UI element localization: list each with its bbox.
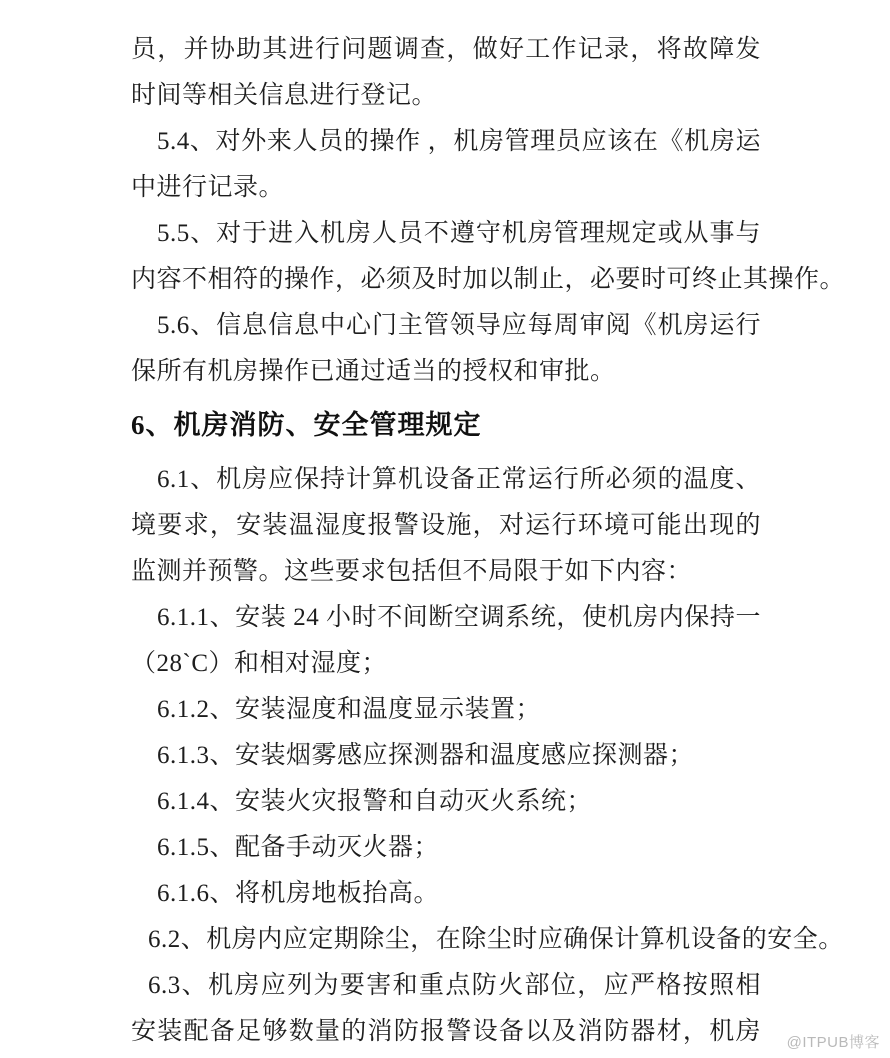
text-line: 5.6、信息信息中心门主管领导应每周审阅《机房运行日志》，确 [131, 303, 761, 349]
watermark: @ITPUB博客 [787, 1031, 880, 1052]
paragraph-6-1-4: 6.1.4、安装火灾报警和自动灭火系统； [131, 779, 761, 825]
text-line: 监测并预警。这些要求包括但不局限于如下内容： [131, 549, 761, 595]
text-line: 6.1.6、将机房地板抬高。 [131, 871, 761, 917]
text-line: （28`C）和相对湿度； [131, 641, 761, 687]
paragraph-5-6: 5.6、信息信息中心门主管领导应每周审阅《机房运行日志》，确保所有机房操作已通过… [131, 303, 761, 395]
paragraph-5-5: 5.5、对于进入机房人员不遵守机房管理规定或从事与正常工作内容不相符的操作，必须… [131, 211, 761, 303]
text-line: 5.5、对于进入机房人员不遵守机房管理规定或从事与正常工作 [131, 211, 761, 257]
paragraph-6-3: 6.3、机房应列为要害和重点防火部位，应严格按照相关国家标准安装配备足够数量的消… [131, 963, 761, 1055]
document-body: 员，并协助其进行问题调查，做好工作记录，将故障发生时间及修复时间等相关信息进行登… [131, 27, 761, 1055]
document-page: 员，并协助其进行问题调查，做好工作记录，将故障发生时间及修复时间等相关信息进行登… [0, 0, 890, 1058]
paragraph-6-1-3: 6.1.3、安装烟雾感应探测器和温度感应探测器； [131, 733, 761, 779]
heading-text: 6、机房消防、安全管理规定 [131, 400, 761, 450]
paragraph-6-1-6: 6.1.6、将机房地板抬高。 [131, 871, 761, 917]
text-line: 内容不相符的操作，必须及时加以制止，必要时可终止其操作。 [131, 257, 761, 303]
text-line: 6.1.4、安装火灾报警和自动灭火系统； [131, 779, 761, 825]
text-line: 6.1.5、配备手动灭火器； [131, 825, 761, 871]
text-line: 保所有机房操作已通过适当的授权和审批。 [131, 349, 761, 395]
paragraph-6-1: 6.1、机房应保持计算机设备正常运行所必须的温度、湿度等环境要求，安装温湿度报警… [131, 457, 761, 595]
paragraph-5-3-continuation: 员，并协助其进行问题调查，做好工作记录，将故障发生时间及修复时间等相关信息进行登… [131, 27, 761, 119]
text-line: 6.1.3、安装烟雾感应探测器和温度感应探测器； [131, 733, 761, 779]
text-line: 时间等相关信息进行登记。 [131, 73, 761, 119]
text-line: 6.1、机房应保持计算机设备正常运行所必须的温度、湿度等环 [131, 457, 761, 503]
paragraph-5-4: 5.4、对外来人员的操作 ，机房管理员应该在《机房运行日志》中进行记录。 [131, 119, 761, 211]
text-line: 5.4、对外来人员的操作 ，机房管理员应该在《机房运行日志》 [131, 119, 761, 165]
text-line: 中进行记录。 [131, 165, 761, 211]
paragraph-6-1-2: 6.1.2、安装湿度和温度显示装置； [131, 687, 761, 733]
paragraph-6-1-1: 6.1.1、安装 24 小时不间断空调系统，使机房内保持一定的温度（28`C）和… [131, 595, 761, 687]
paragraph-6-1-5: 6.1.5、配备手动灭火器； [131, 825, 761, 871]
text-line: 6.2、机房内应定期除尘，在除尘时应确保计算机设备的安全。 [131, 917, 761, 963]
text-line: 6.1.2、安装湿度和温度显示装置； [131, 687, 761, 733]
text-line: 员，并协助其进行问题调查，做好工作记录，将故障发生时间及修复 [131, 27, 761, 73]
paragraph-6-2: 6.2、机房内应定期除尘，在除尘时应确保计算机设备的安全。 [131, 917, 761, 963]
text-line: 安装配备足够数量的消防报警设备以及消防器材，机房工作人员要熟 [131, 1009, 761, 1055]
text-line: 境要求，安装温湿度报警设施，对运行环境可能出现的不利因素进行 [131, 503, 761, 549]
text-line: 6.1.1、安装 24 小时不间断空调系统，使机房内保持一定的温度 [131, 595, 761, 641]
text-line: 6.3、机房应列为要害和重点防火部位，应严格按照相关国家标准 [131, 963, 761, 1009]
section-heading-6: 6、机房消防、安全管理规定 [131, 400, 761, 450]
